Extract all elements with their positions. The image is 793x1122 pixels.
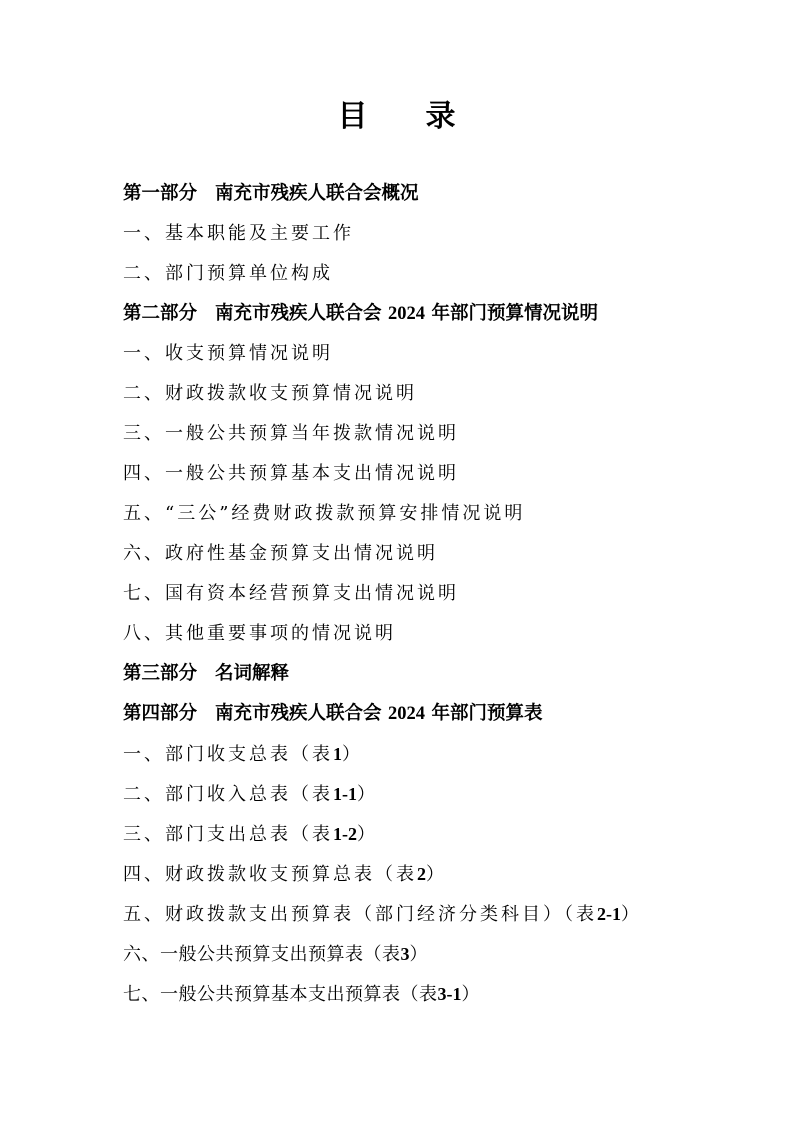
toc-item[interactable]: 一、部门收支总表（表1） [123,734,743,774]
item-close: ） [426,864,447,885]
part-title-prefix: 南充市残疾人联合会 [215,303,382,324]
toc-item[interactable]: 六、一般公共预算支出预算表（表3） [123,934,743,974]
toc-item[interactable]: 四、财政拨款收支预算总表（表2） [123,854,743,894]
toc-item[interactable]: 五、财政拨款支出预算表（部门经济分类科目）（表2-1） [123,894,743,934]
part-title: 名词解释 [215,663,289,684]
item-text: 四、财政拨款收支预算总表（表 [123,864,417,885]
title-char-2: 录 [426,97,456,137]
toc-item[interactable]: 八、其他重要事项的情况说明 [123,614,743,654]
item-close: ） [462,984,481,1005]
item-text: 二、部门收入总表（表 [123,784,333,805]
table-of-contents: 第一部分南充市残疾人联合会概况 一、基本职能及主要工作 二、部门预算单位构成 第… [123,174,743,1014]
toc-item[interactable]: 七、一般公共预算基本支出预算表（表3-1） [123,974,743,1014]
toc-item[interactable]: 三、部门支出总表（表1-2） [123,814,743,854]
part-year: 2024 [388,304,425,324]
toc-part-2[interactable]: 第二部分南充市残疾人联合会 2024 年部门预算情况说明 [123,294,743,334]
item-text: 七、一般公共预算基本支出预算表（表 [123,984,438,1005]
item-close: ） [357,784,378,805]
title-char-1: 目 [338,97,368,137]
toc-item[interactable]: 二、部门收入总表（表1-1） [123,774,743,814]
item-text: 五、财政拨款支出预算表（部门经济分类科目）（表 [123,904,597,925]
part-label: 第一部分 [123,174,197,214]
table-number: 2-1 [597,904,621,924]
table-number: 3 [401,944,410,964]
toc-item[interactable]: 二、部门预算单位构成 [123,254,743,294]
toc-item[interactable]: 三、一般公共预算当年拨款情况说明 [123,414,743,454]
part-label: 第三部分 [123,654,197,694]
toc-part-1[interactable]: 第一部分南充市残疾人联合会概况 [123,174,743,214]
item-close: ） [357,824,378,845]
table-number: 2 [417,864,426,884]
item-close: ） [342,744,363,765]
page-title: 目录 [0,97,793,137]
toc-item[interactable]: 五、“三公”经费财政拨款预算安排情况说明 [123,494,743,534]
part-label: 第二部分 [123,294,197,334]
toc-item[interactable]: 七、国有资本经营预算支出情况说明 [123,574,743,614]
toc-item[interactable]: 四、一般公共预算基本支出情况说明 [123,454,743,494]
table-number: 1-1 [333,784,357,804]
toc-item[interactable]: 六、政府性基金预算支出情况说明 [123,534,743,574]
toc-part-3[interactable]: 第三部分名词解释 [123,654,743,694]
table-number: 3-1 [438,984,462,1004]
toc-part-4[interactable]: 第四部分南充市残疾人联合会 2024 年部门预算表 [123,694,743,734]
item-close: ） [621,904,642,925]
part-title-prefix: 南充市残疾人联合会 [215,703,382,724]
table-number: 1-2 [333,824,357,844]
item-close: ） [410,944,429,965]
table-number: 1 [333,744,342,764]
part-year: 2024 [388,704,425,724]
part-label: 第四部分 [123,694,197,734]
part-title: 南充市残疾人联合会概况 [215,183,419,204]
part-title-suffix: 年部门预算表 [431,703,542,724]
item-text: 三、部门支出总表（表 [123,824,333,845]
item-text: 六、一般公共预算支出预算表（表 [123,944,401,965]
toc-item[interactable]: 一、基本职能及主要工作 [123,214,743,254]
document-page: 目录 第一部分南充市残疾人联合会概况 一、基本职能及主要工作 二、部门预算单位构… [0,0,793,1122]
item-text: 一、部门收支总表（表 [123,744,333,765]
toc-item[interactable]: 二、财政拨款收支预算情况说明 [123,374,743,414]
part-title-suffix: 年部门预算情况说明 [431,303,598,324]
toc-item[interactable]: 一、收支预算情况说明 [123,334,743,374]
